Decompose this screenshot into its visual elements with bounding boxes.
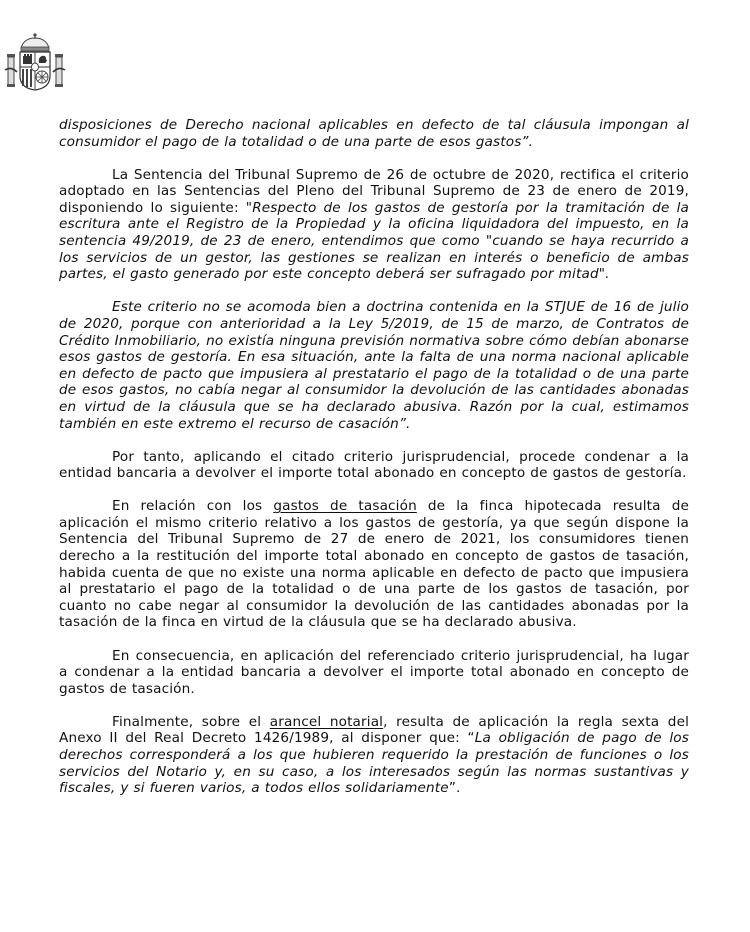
paragraph-text: disposiciones de Derecho nacional aplica…: [59, 117, 689, 150]
paragraph-gastos-tasacion: En relación con los gastos de tasación d…: [59, 498, 689, 631]
spain-coat-of-arms-icon: [4, 32, 66, 94]
paragraph-text-after: de la finca hipotecada resulta de aplica…: [59, 498, 689, 630]
paragraph-closing-quote: ”.: [449, 780, 461, 796]
paragraph-text-before: En relación con los: [112, 498, 273, 514]
paragraph-text: En consecuencia, en aplicación del refer…: [59, 648, 689, 697]
document-page: disposiciones de Derecho nacional aplica…: [0, 0, 750, 932]
paragraph-quote-continuation: disposiciones de Derecho nacional aplica…: [59, 117, 689, 150]
paragraph-sentencia-2020: La Sentencia del Tribunal Supremo de 26 …: [59, 167, 689, 283]
paragraph-quote-text: Este criterio no se acomoda bien a doctr…: [59, 299, 689, 431]
underlined-term-gastos-tasacion: gastos de tasación: [273, 498, 417, 514]
paragraph-arancel-notarial: Finalmente, sobre el arancel notarial, r…: [59, 714, 689, 797]
paragraph-stjue-criterio: Este criterio no se acomoda bien a doctr…: [59, 299, 689, 432]
underlined-term-arancel-notarial: arancel notarial: [270, 714, 383, 730]
paragraph-condena-gestoria: Por tanto, aplicando el citado criterio …: [59, 449, 689, 482]
paragraph-text-before: Finalmente, sobre el: [112, 714, 270, 730]
document-body: disposiciones de Derecho nacional aplica…: [59, 117, 689, 813]
paragraph-text: Por tanto, aplicando el citado criterio …: [59, 449, 689, 482]
paragraph-condena-tasacion: En consecuencia, en aplicación del refer…: [59, 648, 689, 698]
